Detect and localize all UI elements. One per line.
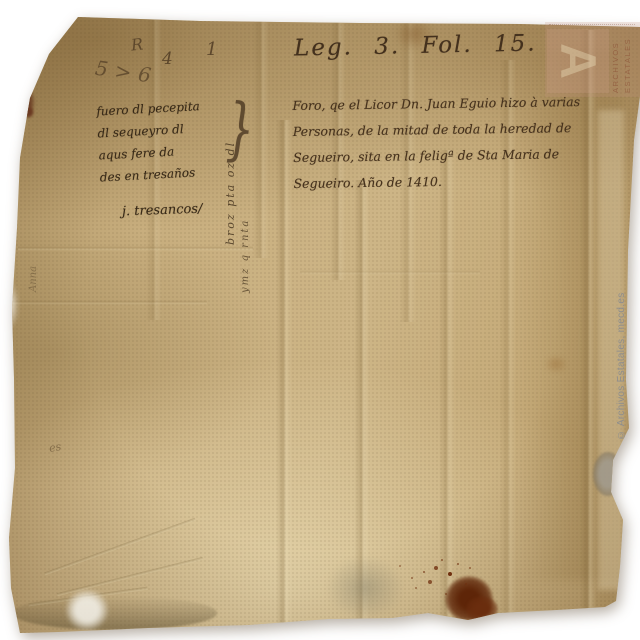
marginal-scribble: broz pta oz dl bbox=[224, 100, 237, 245]
crease-line bbox=[18, 246, 253, 251]
fold-line bbox=[276, 120, 292, 625]
parchment: Leg. 3. Fol. 15. Foro, qe el Licor Dn. J… bbox=[0, 0, 640, 640]
crease-line bbox=[300, 270, 480, 275]
old-note: fuero dl pecepita dl sequeyro dl aqus fe… bbox=[96, 94, 235, 189]
corner-mark: 4 bbox=[162, 49, 173, 69]
rust-stain bbox=[545, 355, 567, 373]
crease-line bbox=[12, 300, 207, 305]
copyright-text: © Archivos Estatales, mecd.es bbox=[616, 176, 627, 440]
splatter-dots bbox=[448, 572, 452, 576]
signature: j. tresancos/ bbox=[122, 202, 203, 220]
worn-patch bbox=[328, 558, 402, 618]
faint-scribble: Anna bbox=[28, 232, 39, 292]
ink-stain bbox=[16, 46, 32, 66]
ink-stain bbox=[24, 106, 34, 118]
archivos-estatales-logo: A ARCHIVOS ESTATALES bbox=[545, 22, 640, 97]
archival-header: Leg. 3. Fol. 15. bbox=[294, 30, 537, 61]
stain-dot bbox=[79, 12, 82, 15]
watermark-dotted-line bbox=[549, 24, 635, 25]
watermark-text-estatales: ESTATALES bbox=[623, 26, 632, 93]
manuscript-photo: Leg. 3. Fol. 15. Foro, qe el Licor Dn. J… bbox=[0, 0, 640, 640]
watermark-square: A bbox=[547, 29, 609, 93]
wax-residue bbox=[593, 452, 623, 496]
frayed-edge-patch bbox=[0, 282, 18, 328]
stain-dot bbox=[103, 10, 107, 14]
splatter-stain bbox=[466, 596, 498, 622]
main-note: Foro, qe el Licor Dn. Juan Eguio hizo à … bbox=[292, 89, 585, 197]
fold-line bbox=[253, 18, 269, 258]
fold-line bbox=[354, 180, 370, 620]
corner-mark: 1 bbox=[206, 39, 217, 60]
watermark-text-archivos: ARCHIVOS bbox=[611, 26, 620, 93]
marginal-scribble: ymz q rnta bbox=[240, 178, 251, 293]
watermark-a-letter: A bbox=[553, 43, 603, 79]
main-note-line: Segueiro, sita en la feligª de Sta Maria… bbox=[293, 141, 585, 171]
main-note-line: Segueiro. Año de 1410. bbox=[293, 167, 585, 197]
abrasion-patch bbox=[66, 590, 108, 630]
main-note-line: Foro, qe el Licor Dn. Juan Eguio hizo à … bbox=[292, 89, 584, 119]
main-note-line: Personas, de la mitad de toda la heredad… bbox=[293, 115, 585, 145]
dirt-strip bbox=[12, 596, 217, 630]
stain-dot bbox=[112, 15, 115, 18]
fold-line bbox=[439, 150, 455, 620]
corner-mark: R bbox=[130, 34, 144, 54]
small-mark: es bbox=[48, 440, 62, 455]
parchment-wrap: Leg. 3. Fol. 15. Foro, qe el Licor Dn. J… bbox=[0, 0, 640, 640]
